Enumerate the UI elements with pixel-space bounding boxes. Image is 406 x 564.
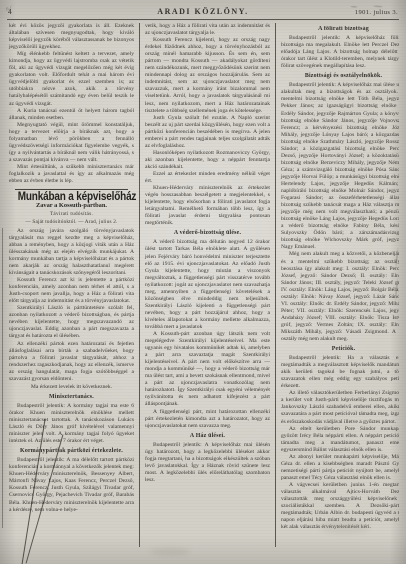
crosshead-bizottsagi-elnokok: Bizottsági és osztályelnökök. bbox=[281, 73, 399, 80]
paragraph: Hasonlóképen nyilatkozott Rozmanoviczy G… bbox=[145, 150, 270, 171]
paragraph: két évi közös jegyzői gyakorlata is áll.… bbox=[9, 23, 134, 51]
paragraph: Budapestről jelentik: A képviselőház föl… bbox=[281, 35, 399, 70]
paragraph: Justh Gyula szólalt fel ezután. A Napló … bbox=[145, 115, 270, 150]
article-dateline: — Saját tudósítónktól. — Arad, julius 2. bbox=[9, 219, 134, 226]
paragraph: Az ország javára szolgáló törvényjavasla… bbox=[9, 228, 134, 277]
paragraph: Budapestről jelentik: A kormány tagjai m… bbox=[9, 403, 134, 445]
paragraph: A Kuria tanácsai ezentúl öt helyett háro… bbox=[9, 108, 134, 122]
column-left: két évi közös jegyzői gyakorlata is áll.… bbox=[7, 23, 136, 547]
masthead-title: ARADI KÖZLÖNY. bbox=[8, 7, 398, 16]
paragraph: vetik, hogy a Ház a fölirati vita után a… bbox=[145, 23, 270, 37]
paragraph: A függetlenségi párt, mint határozottan … bbox=[145, 409, 270, 430]
paragraph: Az abonyi kerület munkapárti képviselője… bbox=[281, 454, 399, 482]
paragraph: A véderő bizottság ma délután negyed 12 … bbox=[145, 239, 270, 331]
paragraph: Még nem alakult meg a kőzvetői, a közben… bbox=[281, 251, 399, 343]
paragraph: Budapestről jelentik: A képviselőház mai… bbox=[145, 442, 270, 484]
paragraph: Megnyugtató végül, mint örömmel konstatá… bbox=[9, 122, 134, 164]
paragraph: Szentkirályi László is párttüntetésre sz… bbox=[9, 305, 134, 340]
paragraph: Mint értesültünk, a szűkebb minisztertan… bbox=[9, 164, 134, 185]
paragraph: Khuen-Héderváry miniszterelnök az érteke… bbox=[145, 185, 270, 227]
paragraph: A Kossuth-párt azonban úgy látszik nem v… bbox=[145, 331, 270, 409]
crosshead-folirati-bizottsag: A fölirati bizottság bbox=[281, 26, 399, 33]
header-rule bbox=[7, 19, 399, 20]
crosshead-minisztertanacs: Minisztertanács. bbox=[9, 394, 134, 401]
page-edge-line bbox=[2, 228, 3, 528]
paragraph: Az eltelt kerületben Pore Sándor munkapá… bbox=[281, 426, 399, 454]
column-rule bbox=[139, 23, 140, 547]
crosshead-haz-ulesei: A Ház ülései. bbox=[145, 433, 270, 440]
crosshead-peticiok: Petíciók. bbox=[281, 346, 399, 353]
article-headline: Munkában a képviselőház bbox=[18, 193, 126, 200]
column-middle: vetik, hogy a Ház a fölirati vita után a… bbox=[143, 23, 272, 547]
column-container: két évi közös jegyzői gyakorlata is áll.… bbox=[7, 23, 399, 547]
paragraph: Budapestről jelentik: A ma délelőtt tart… bbox=[9, 457, 134, 513]
paragraph: Budapestről jelentik: Ha a választás elő… bbox=[281, 355, 399, 390]
paragraph: A vágvecsei kerületben junius 1-én megta… bbox=[281, 482, 399, 531]
column-right: A fölirati bizottság Budapestről jelenti… bbox=[279, 23, 399, 547]
paragraph: Kossuth Ferencz kijelenti, hogy az orszá… bbox=[145, 37, 270, 115]
paragraph: Budapestről jelentik: A képviselőház mai… bbox=[281, 82, 399, 251]
crosshead-partkozi-ertekezlet: Kormánypártiak pártközi értekezlete. bbox=[9, 448, 134, 455]
article-subhead: Zavar a Kossuth-pártban. bbox=[9, 202, 134, 209]
paragraph: Míg élénkebb feltünést keltett a terveze… bbox=[9, 51, 134, 107]
article-kicker: Távirati tudósítás. bbox=[9, 211, 134, 218]
note-line: Ma érkezett levelek itt következnek. bbox=[9, 384, 134, 391]
paragraph: Kossuth Ferencz azt ki is jelentette a p… bbox=[9, 277, 134, 305]
page-header: 4 ARADI KÖZLÖNY. 1901. julius 3. bbox=[8, 7, 398, 19]
paragraph: Ezzel az értekezlet minden eredmény nélk… bbox=[145, 171, 270, 185]
newspaper-page: ⁶⁄ 4 ARADI KÖZLÖNY. 1901. julius 3. két … bbox=[0, 0, 406, 564]
crosshead-vedero-bizottsag: A véderő-bizottság ülése. bbox=[145, 230, 270, 237]
paragraph: Az illető választókerületben Ferberlányi… bbox=[281, 390, 399, 425]
paragraph: Az ellenzéki pártok ezen határozatai és … bbox=[9, 341, 134, 383]
column-rule bbox=[275, 23, 276, 547]
paper-blotch bbox=[150, 548, 190, 556]
